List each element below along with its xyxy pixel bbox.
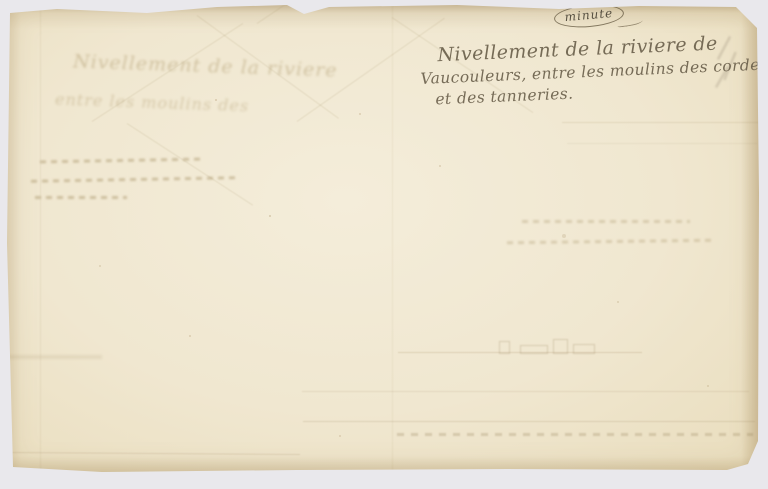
bleedthrough-diagram-mark — [553, 339, 568, 354]
faint-rule-line — [302, 391, 749, 392]
bleedthrough-diagram-mark — [573, 344, 595, 354]
minute-stamp-label: minute — [564, 6, 614, 24]
foxing-specks — [7, 3, 9, 5]
paper-sheet: Nivellement de la riviere entre les moul… — [7, 3, 759, 472]
bleedthrough-squiggle — [522, 220, 690, 223]
manuscript-scan: Nivellement de la riviere entre les moul… — [0, 0, 768, 489]
bleedthrough-diagram-mark — [520, 345, 548, 354]
document-title: Nivellement de la riviere de Vaucouleurs… — [419, 28, 768, 111]
faint-rule-line — [567, 143, 757, 144]
bleedthrough-squiggle — [35, 196, 127, 199]
faint-dashed-bleed-line — [397, 433, 753, 436]
vertical-fold-line — [392, 3, 393, 472]
faint-rule-line — [303, 421, 755, 422]
faint-smudge-band — [7, 355, 102, 359]
faint-rule-line — [562, 122, 759, 123]
bleedthrough-diagram-mark — [499, 341, 510, 354]
vertical-fold-line — [40, 3, 41, 472]
